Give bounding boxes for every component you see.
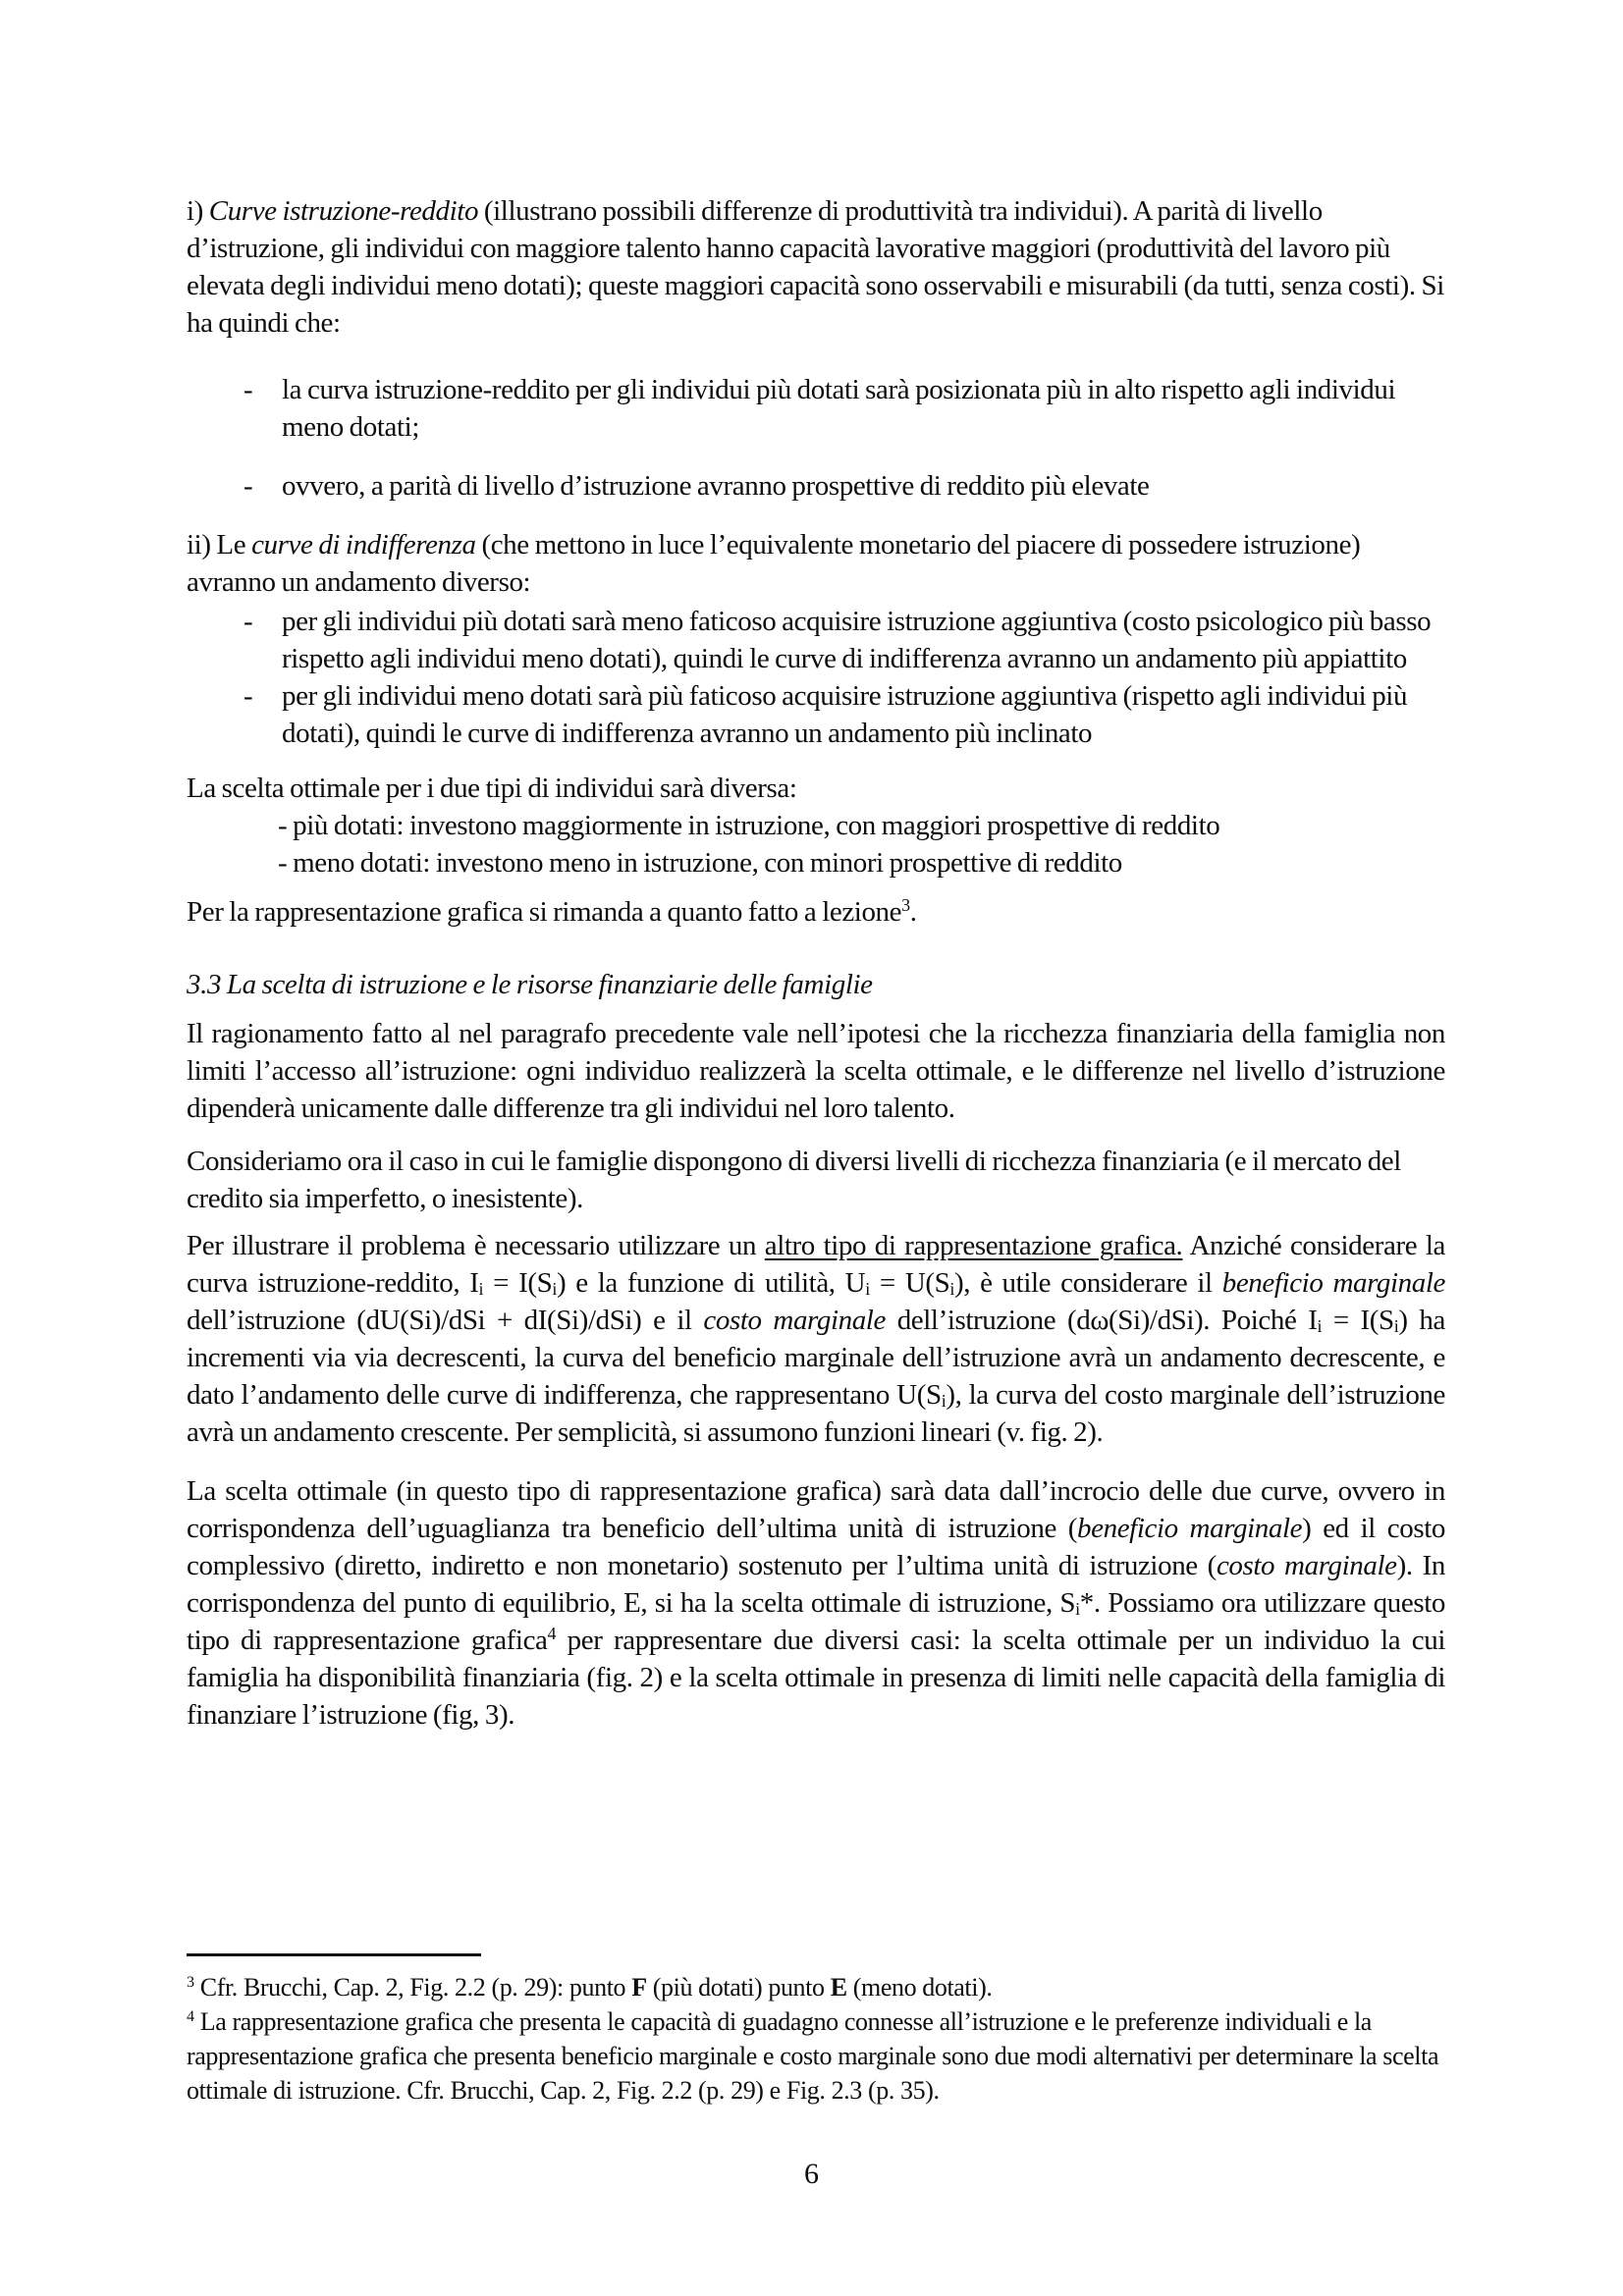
document-content: i) Curve istruzione-reddito (illustrano … bbox=[187, 192, 1445, 1734]
footnote-3: 3 Cfr. Brucchi, Cap. 2, Fig. 2.2 (p. 29)… bbox=[187, 1970, 1445, 2004]
paragraph-consideriamo: Consideriamo ora il caso in cui le famig… bbox=[187, 1143, 1445, 1217]
subitem-piu-dotati: - più dotati: investono maggiormente in … bbox=[278, 807, 1445, 844]
bullet-list-income-curves: - la curva istruzione-reddito per gli in… bbox=[187, 371, 1445, 505]
footnote-area: 3 Cfr. Brucchi, Cap. 2, Fig. 2.2 (p. 29)… bbox=[187, 1953, 1445, 2108]
paragraph-ragionamento: Il ragionamento fatto al nel paragrafo p… bbox=[187, 1015, 1445, 1127]
list-item: - per gli individui più dotati sarà meno… bbox=[187, 603, 1445, 677]
footnote-separator bbox=[187, 1953, 481, 1956]
page-number: 6 bbox=[0, 2158, 1623, 2191]
document-page: i) Curve istruzione-reddito (illustrano … bbox=[0, 0, 1623, 2296]
dash-bullet: - bbox=[243, 677, 282, 715]
paragraph-graphical-reference: Per la rappresentazione grafica si riman… bbox=[187, 893, 1445, 931]
list-item: - la curva istruzione-reddito per gli in… bbox=[187, 371, 1445, 446]
paragraph-equilibrium-choice: La scelta ottimale (in questo tipo di ra… bbox=[187, 1472, 1445, 1734]
paragraph-optimal-choice-lead: La scelta ottimale per i due tipi di ind… bbox=[187, 770, 1445, 807]
dash-bullet: - bbox=[243, 467, 282, 505]
dash-bullet: - bbox=[243, 603, 282, 640]
bullet-list-indifference-curves: - per gli individui più dotati sarà meno… bbox=[187, 603, 1445, 752]
list-item-text: per gli individui più dotati sarà meno f… bbox=[282, 603, 1445, 677]
paragraph-marginal-benefit-cost: Per illustrare il problema è necessario … bbox=[187, 1227, 1445, 1451]
footnote-4: 4 La rappresentazione grafica che presen… bbox=[187, 2004, 1445, 2108]
list-item-text: ovvero, a parità di livello d’istruzione… bbox=[282, 467, 1445, 505]
section-heading-3-3: 3.3 La scelta di istruzione e le risorse… bbox=[187, 966, 1445, 1003]
dash-bullet: - bbox=[243, 371, 282, 408]
subitem-meno-dotati: - meno dotati: investono meno in istruzi… bbox=[278, 844, 1445, 881]
paragraph-income-education-curves: i) Curve istruzione-reddito (illustrano … bbox=[187, 192, 1445, 342]
list-item-text: per gli individui meno dotati sarà più f… bbox=[282, 677, 1445, 752]
list-item-text: la curva istruzione-reddito per gli indi… bbox=[282, 371, 1445, 446]
paragraph-indifference-curves: ii) Le curve di indifferenza (che metton… bbox=[187, 526, 1445, 601]
list-item: - ovvero, a parità di livello d’istruzio… bbox=[187, 467, 1445, 505]
list-item: - per gli individui meno dotati sarà più… bbox=[187, 677, 1445, 752]
